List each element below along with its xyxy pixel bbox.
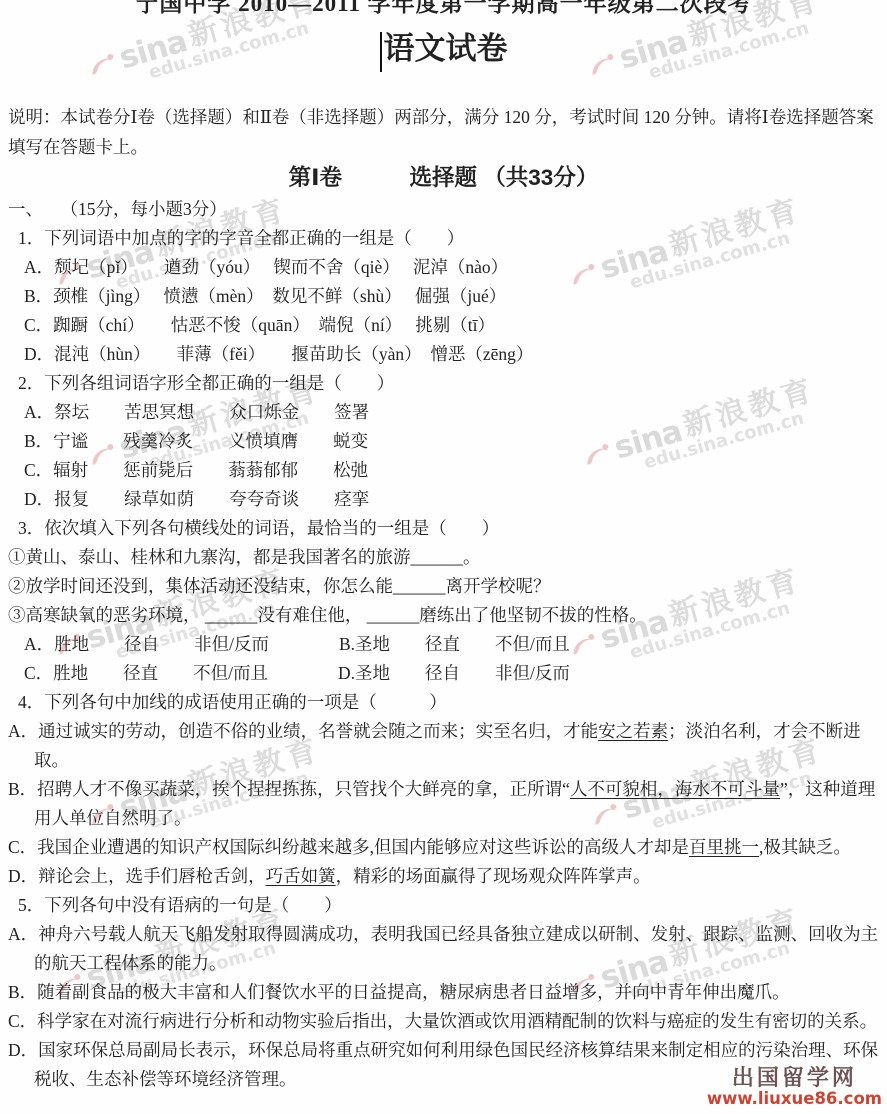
q4-option-d-text: ，精彩的场面赢得了现场观众阵阵掌声。 [336,866,651,886]
q2-stem: 2．下列各组词语字形全都正确的一组是（ ） [0,369,887,398]
q4-stem: 4．下列各句中加线的成语使用正确的一项是（ ） [0,688,887,717]
q4-option-b-underlined-idiom: 人不可貌相，海水不可斗量 [570,779,780,799]
q3-option-row-ab: A．胜地 径自 非但/反而 B.圣地 径直 不但/而且 [0,630,887,659]
q4-option-a-underlined-idiom: 安之若素 [598,721,668,741]
q1-stem: 1．下列词语中加点的字的字音全都正确的一组是（ ） [0,224,887,253]
text-cursor [380,32,382,72]
section-heading: 第Ⅰ卷 选择题 （共33分） [0,163,887,193]
q2-option-b: B．宁谧 残羹冷炙 义愤填膺 蜕变 [0,427,887,456]
q3-sentence-3: ③高寒缺氧的恶劣环境， ______没有难住他， ______磨练出了他坚韧不拔… [0,601,887,630]
liuxue86-url: www.liuxue86.com [707,1090,882,1108]
q4-option-d-underlined-idiom: 巧舌如簧 [266,866,336,886]
q3-option-row-cd: C．胜地 径直 不但/而且 D.圣地 径自 非但/反而 [0,659,887,688]
q5-option-c: C．科学家在对流行病进行分析和动物实验后指出，大量饮酒或饮用酒精配制的饮料与癌症… [0,1007,887,1036]
q4-option-d-text: D．辩论会上，选手们唇枪舌剑， [8,866,266,886]
liuxue86-brand: 出国留学网 www.liuxue86.com [707,1066,882,1108]
q1-option-a: A．颓圮（pǐ） 遒劲（yóu） 锲而不舍（qiè） 泥淖（nào） [0,253,887,282]
q4-option-c: C．我国企业遭遇的知识产权国际纠纷越来越多,但国内能够应对这些诉讼的高级人才却是… [0,833,887,862]
school-title: 宁国中学 2010—2011 学年度第一学期高一年级第二次段考 [0,0,887,17]
paper-title-row: 语文试卷 [0,27,887,72]
exam-instructions: 说明：本试卷分Ⅰ卷（选择题）和Ⅱ卷（非选择题）两部分，满分 120 分，考试时间… [0,102,887,162]
q4-option-c-underlined-idiom: 百里挑一 [689,837,759,857]
q4-option-b: B．招聘人才不像买蔬菜，挨个捏捏拣拣，只管找个大鲜亮的拿，正所谓“人不可貌相，海… [0,775,887,833]
q4-option-a: A．通过诚实的劳动，创造不俗的业绩，名誉就会随之而来；实至名归，才能安之若素；淡… [0,717,887,775]
q4-option-d: D．辩论会上，选手们唇枪舌剑，巧舌如簧，精彩的场面赢得了现场观众阵阵掌声。 [0,862,887,891]
paper-title: 语文试卷 [384,31,508,66]
q4-option-b-text: B．招聘人才不像买蔬菜，挨个捏捏拣拣，只管找个大鲜亮的拿，正所谓“ [8,779,570,799]
q4-option-a-text: A．通过诚实的劳动，创造不俗的业绩，名誉就会随之而来；实至名归，才能 [8,721,598,741]
q2-option-c: C．辐射 惩前毙后 蓊蓊郁郁 松弛 [0,456,887,485]
liuxue86-name: 出国留学网 [707,1066,882,1090]
q4-option-c-text: ,极其缺乏。 [759,837,851,857]
q3-stem: 3．依次填入下列各句横线处的词语，最恰当的一组是（ ） [0,514,887,543]
q1-option-c: C．踟蹰（chí） 怙恶不悛（quān） 端倪（ní） 挑剔（tī） [0,311,887,340]
q2-option-a: A．祭坛 苦思冥想 众口烁金 签署 [0,398,887,427]
q5-option-a: A．神舟六号载人航天飞船发射取得圆满成功，表明我国已经具备独立建成以研制、发射、… [0,920,887,978]
q5-stem: 5．下列各句中没有语病的一句是（ ） [0,891,887,920]
q5-option-b: B．随着副食品的极大丰富和人们餐饮水平的日益提高，糖尿病患者日益增多，并向中青年… [0,978,887,1007]
q2-option-d: D．报复 绿草如荫 夸夸奇谈 痉挛 [0,485,887,514]
q3-sentence-2: ②放学时间还没到，集体活动还没结束，你怎么能______离开学校呢？ [0,572,887,601]
q1-option-d: D．混沌（hùn） 菲薄（fěi） 揠苗助长（yàn） 憎恶（zēng） [0,340,887,369]
exam-paper-page: sina新浪教育 edu.sina.com.cn sina新浪教育 edu.si… [0,0,887,1114]
q1-option-b: B．颈椎（jìng） 愤懑（mèn） 数见不鲜（shù） 倔强（jué） [0,282,887,311]
part-one-label: 一、 （15分，每小题3分） [0,195,887,224]
question-lines: 一、 （15分，每小题3分） 1．下列词语中加点的字的字音全都正确的一组是（ ）… [0,195,887,1094]
q3-sentence-1: ①黄山、泰山、桂林和九寨沟，都是我国著名的旅游______。 [0,543,887,572]
q4-option-c-text: C．我国企业遭遇的知识产权国际纠纷越来越多,但国内能够应对这些诉讼的高级人才却是 [8,837,689,857]
document-content: 宁国中学 2010—2011 学年度第一学期高一年级第二次段考 语文试卷 说明：… [0,0,887,1094]
